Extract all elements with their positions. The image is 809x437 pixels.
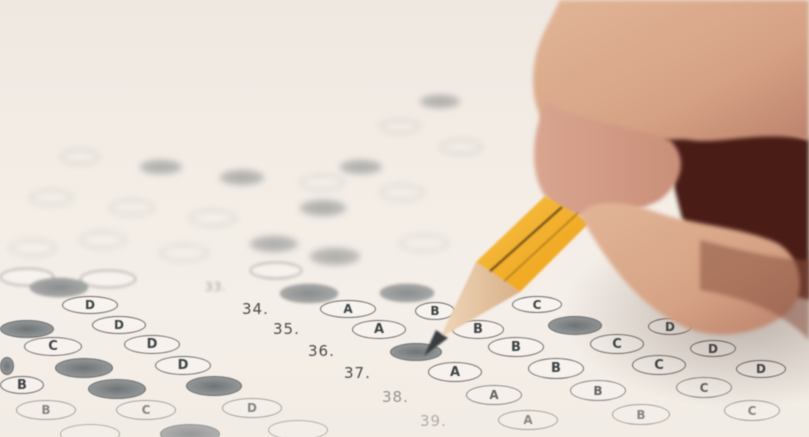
pencil	[424, 196, 590, 356]
answer-sheet-photo: 33. D D C D D B B C D 34. 35. 36. 37. 38…	[0, 0, 809, 437]
hand-with-pencil	[0, 0, 809, 437]
